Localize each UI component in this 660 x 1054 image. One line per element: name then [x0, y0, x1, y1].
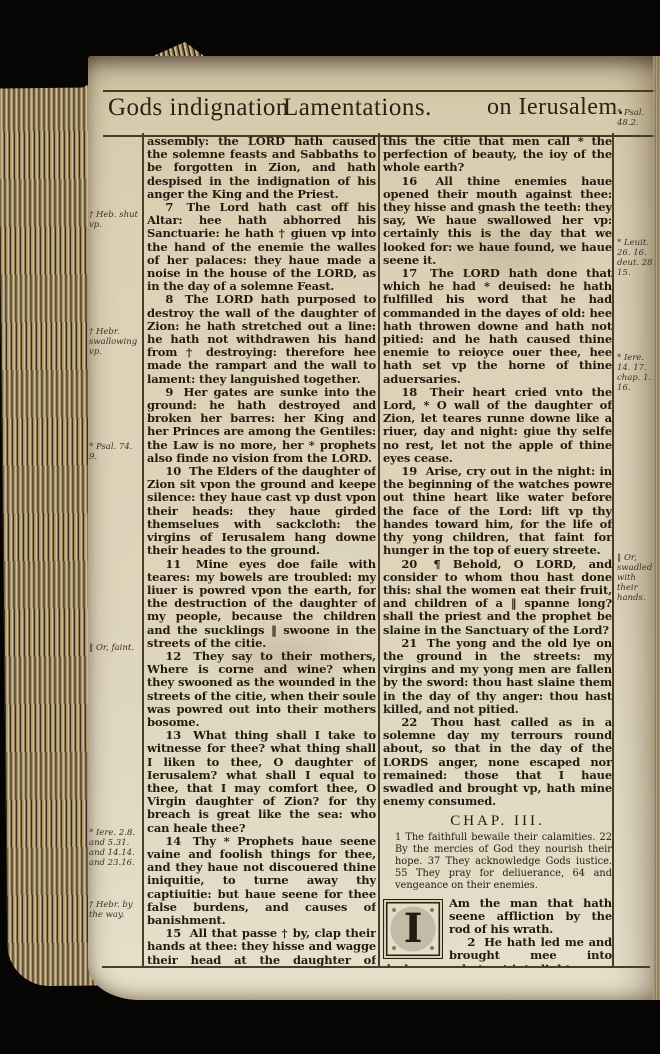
- verse-text: The Elders of the daughter of Zion sit v…: [147, 464, 376, 557]
- margin-note: * Psal. 48.2.: [617, 108, 659, 128]
- verse-text: The Lord hath cast off his Altar: hee ha…: [147, 200, 376, 293]
- margin-note: * Psal. 74. 9.: [89, 442, 141, 462]
- verse-paragraph: 8 The LORD hath purposed to destroy the …: [147, 293, 376, 385]
- verse-paragraph: 12 They say to their mothers, Where is c…: [147, 650, 376, 729]
- column-rule-right: [612, 133, 614, 966]
- margin-note: * Iere. 2.8. and 5.31. and 14.14. and 23…: [89, 828, 141, 868]
- running-head-right: on Ierusalem.: [487, 94, 624, 121]
- verse-text: Their heart cried vnto the Lord, * O wal…: [383, 385, 612, 465]
- verse-number: 15: [165, 926, 181, 940]
- book-page: Gods indignation Lamentations. on Ierusa…: [88, 56, 660, 1000]
- left-margin-notes: † Heb. shut vp. † Hebr. swallowing vp. *…: [89, 56, 141, 1000]
- verse-paragraph: 18 Their heart cried vnto the Lord, * O …: [383, 386, 612, 465]
- right-text-column: this the citie that men call * the perfe…: [383, 135, 612, 966]
- left-text-column: assembly: the LORD hath caused the solem…: [147, 135, 376, 966]
- verse-number: 2: [467, 935, 475, 949]
- verse-number: 19: [401, 464, 417, 478]
- verse-text: The LORD hath purposed to destroy the wa…: [147, 292, 376, 385]
- right-margin-notes: * Psal. 48.2. * Leuit. 26. 16. deut. 28.…: [617, 56, 659, 1000]
- verse-number: 12: [165, 649, 181, 663]
- verse-number: 16: [401, 174, 417, 188]
- verse-number: 13: [165, 728, 181, 742]
- running-head: Gods indignation Lamentations. on Ierusa…: [103, 90, 657, 137]
- verse-paragraph: 10 The Elders of the daughter of Zion si…: [147, 465, 376, 557]
- verse-paragraph: 11 Mine eyes doe faile with teares: my b…: [147, 558, 376, 650]
- verse-number: 20: [401, 557, 417, 571]
- verse-number: 9: [165, 385, 173, 399]
- running-head-title: Lamentations.: [283, 94, 432, 122]
- chapter-argument: 1 The faithfull bewaile their calamities…: [383, 832, 612, 892]
- verse-number: 21: [401, 636, 417, 650]
- verse-text: They say to their mothers, Where is corn…: [147, 649, 376, 729]
- margin-note: * Leuit. 26. 16. deut. 28. 15.: [617, 238, 659, 278]
- verse-number: 8: [165, 292, 173, 306]
- verse-text: What thing shall I take to witnesse for …: [147, 728, 376, 834]
- margin-note: † Heb. shut vp.: [89, 210, 141, 230]
- verse-paragraph: 14 Thy * Prophets haue seene vaine and f…: [147, 835, 376, 927]
- verse-paragraph: 22 Thou hast called as in a solemne day …: [383, 716, 612, 808]
- verse-paragraph: 7 The Lord hath cast off his Altar: hee …: [147, 201, 376, 293]
- verse-paragraph: 9 Her gates are sunke into the ground: h…: [147, 386, 376, 465]
- verse-text: The yong and the old lye on the ground i…: [383, 636, 612, 716]
- verse-continuation: assembly: the LORD hath caused the solem…: [147, 135, 376, 201]
- book-page-stack-edge: [0, 88, 98, 987]
- verse-text: The LORD hath done that which he had * d…: [383, 266, 612, 386]
- verse-number: 18: [401, 385, 417, 399]
- verse-text: Thy * Prophets haue seene vaine and fool…: [147, 834, 376, 927]
- margin-note: † Hebr. by the way.: [89, 900, 141, 920]
- verse-number: 10: [165, 464, 181, 478]
- verse-paragraph: 17 The LORD hath done that which he had …: [383, 267, 612, 386]
- verse-continuation: this the citie that men call * the perfe…: [383, 135, 612, 175]
- verse-number: 11: [165, 557, 181, 571]
- verse-number: 22: [401, 715, 417, 729]
- margin-note: ‖ Or, swadled with their hands.: [617, 553, 659, 603]
- verse-text: ¶ Behold, O LORD, and consider to whom t…: [383, 557, 612, 637]
- verse-paragraph: 16 All thine enemies haue opened their m…: [383, 175, 612, 267]
- bottom-rule: [102, 966, 650, 968]
- verse-number: 14: [165, 834, 181, 848]
- verse-paragraph: 21 The yong and the old lye on the groun…: [383, 637, 612, 716]
- margin-note: † Hebr. swallowing vp.: [89, 327, 141, 357]
- margin-note: ‖ Or, faint.: [89, 643, 141, 653]
- chapter-heading: CHAP. III.: [383, 815, 612, 828]
- verse-text: Thou hast called as in a solemne day my …: [383, 715, 612, 808]
- verse-text: Her gates are sunke into the ground: he …: [147, 385, 376, 465]
- verse-text: Arise, cry out in the night: in the begi…: [383, 464, 612, 557]
- verse-paragraph: 15 All that passe † by, clap their hands…: [147, 927, 376, 966]
- verse-text: Mine eyes doe faile with teares: my bowe…: [147, 557, 376, 650]
- column-rule-left: [142, 133, 144, 966]
- verse-text: All that passe † by, clap their hands at…: [147, 926, 376, 966]
- verse-number: 7: [165, 200, 173, 214]
- verse-number: 17: [401, 266, 417, 280]
- margin-note: * Iere. 14. 17. chap. 1. 16.: [617, 353, 659, 393]
- verse-text: All thine enemies haue opened their mout…: [383, 174, 612, 267]
- verse-paragraph: 13 What thing shall I take to witnesse f…: [147, 729, 376, 835]
- column-rule-center: [378, 133, 380, 966]
- decorated-initial-I: I: [383, 899, 443, 959]
- verse-paragraph: 19 Arise, cry out in the night: in the b…: [383, 465, 612, 557]
- verse-paragraph: 20 ¶ Behold, O LORD, and consider to who…: [383, 558, 612, 637]
